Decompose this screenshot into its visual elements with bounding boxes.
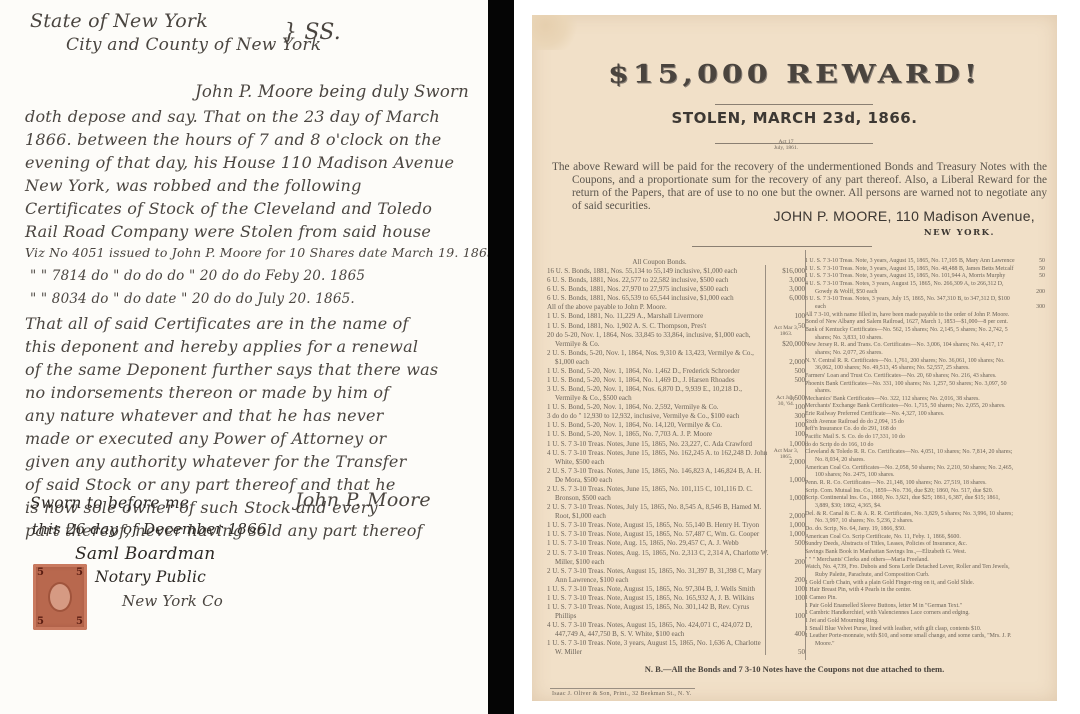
item-description: N. Y. Central R. R. Certificates—No. 1,7… — [805, 358, 1015, 373]
sworn-before-me: Sworn to before me — [30, 494, 189, 512]
list-item: Erie Railway Preferred Certificate—No. 4… — [805, 411, 1047, 419]
act-label: Act 17 July, 1861. — [773, 139, 799, 151]
item-description: 1 U. S. 7 3-10 Treas. Note, August 15, 1… — [547, 594, 769, 603]
affidavit-line: " " 8034 do " do date " 20 do do July 20… — [30, 291, 355, 307]
item-amount: 50 — [769, 648, 807, 657]
list-item: Farmers' Loan and Trust Co. Certificates… — [805, 373, 1047, 381]
list-item: 3 U. S. Bond, 5-20, Nov. 1, 1864, Nos. 6… — [547, 385, 810, 403]
affidavit-line: Certificates of Stock of the Cleveland a… — [25, 199, 432, 218]
item-description: 1 Hair Breast Pin, with 4 Pearls in the … — [805, 587, 1015, 595]
black-divider — [488, 0, 514, 714]
list-item: 20 do 5-20, Nov. 1, 1864, Nos. 33,845 to… — [547, 331, 810, 349]
stamp-denomination: 5 — [76, 616, 83, 627]
list-item: Bond of New Albany and Salem Railroad, 1… — [805, 319, 1047, 327]
list-item: Jeff'n Insurance Co. do do 291, 168 do — [805, 426, 1047, 434]
deponent-signature: John P. Moore — [295, 489, 431, 511]
list-item: 1 U. S. Bond, 5-20, Nov. 1, 1864, No. 2,… — [547, 403, 810, 412]
affidavit-line: no indorsements thereon or made by him o… — [25, 383, 389, 402]
item-description: 1 U. S. 7 3-10 Treas. Note, August 15, 1… — [547, 521, 769, 530]
footnote: N. B.—All the Bonds and 7 3-10 Notes hav… — [532, 664, 1057, 674]
bonds-column-1: All Coupon Bonds. 16 U. S. Bonds, 1881, … — [547, 258, 810, 657]
item-amount: 500 — [769, 376, 807, 385]
list-item: Sundry Deeds, Abstracts of Titles, Lease… — [805, 541, 1047, 549]
item-description: 2 U. S. 7 3-10 Treas. Notes, August 15, … — [547, 567, 769, 585]
list-item: " " " Merchants' Clerks and others—Maria… — [805, 557, 1047, 565]
item-amount: 50 — [1015, 266, 1047, 274]
affidavit-line: of the same Deponent further says that t… — [25, 360, 438, 379]
list-item: 1 Leather Porte-monnaie, with $10, and s… — [805, 633, 1047, 648]
list-item: 3 do do do " 12,930 to 12,932, inclusive… — [547, 412, 810, 421]
list-item: Cleveland & Toledo R. R. Co. Certificate… — [805, 449, 1047, 464]
item-description: 4 U. S. 7 3-10 Treas. Notes, June 15, 18… — [547, 449, 769, 467]
item-amount: 100 — [769, 594, 807, 603]
item-description: 1 Leather Porte-monnaie, with $10, and s… — [805, 633, 1015, 648]
list-item: 1 Cambric Handkerchief, with Valencienne… — [805, 610, 1047, 618]
item-description: 1 Cameo Pin. — [805, 595, 1015, 603]
item-description: Bond of New Albany and Salem Railroad, 1… — [805, 319, 1015, 327]
list-item: 4 U. S. 7 3-10 Treas. Notes, 3 years, Au… — [805, 281, 1047, 296]
divider-rule — [692, 246, 872, 247]
torn-corner — [532, 15, 577, 50]
item-description: 1 U. S. Bond, 1881, No. 11,229 A., Marsh… — [547, 312, 769, 321]
item-description: 4 U. S. 7 3-10 Treas. Notes, 3 years, Au… — [805, 281, 1015, 296]
bond-list: 16 U. S. Bonds, 1881, Nos. 55,134 to 55,… — [547, 267, 810, 657]
item-amount: 500 — [769, 539, 807, 548]
item-amount: 100 — [769, 612, 807, 621]
item-description: 1 U. S. 7 3-10 Treas. Notes, June 15, 18… — [547, 440, 769, 449]
affidavit-line: made or executed any Power of Attorney o… — [25, 429, 386, 448]
affidavit-line: doth depose and say. That on the 23 day … — [25, 107, 440, 126]
list-item: 1 U. S. 7 3-10 Treas. Note, August 15, 1… — [547, 585, 810, 594]
list-item: 3 U. S. 7 3-10 Treas. Notes, 3 years, Ju… — [805, 296, 1047, 311]
list-item: American Coal Co. Certificates—No. 2,058… — [805, 465, 1047, 480]
item-description: American Coal Co. Certificates—No. 2,058… — [805, 465, 1015, 480]
list-item: 1 U. S. 7 3-10 Treas. Note, August 15, 1… — [547, 594, 810, 603]
item-description: Scrip. Continental Ins. Co., 1860, No. 3… — [805, 495, 1015, 510]
item-description: 1 U. S. Bond, 5-20, Nov. 1, 1864, No. 1,… — [547, 367, 769, 376]
bonds-column-2: 1 U. S. 7 3-10 Treas. Note, 3 years, Aug… — [805, 258, 1047, 648]
intro-paragraph: The above Reward will be paid for the re… — [552, 161, 1047, 213]
list-item: Watch, No. 4,739, Fro. Dubois and Sons L… — [805, 564, 1047, 579]
item-description: Del. & R. Canal & C. & A. R. R. Certific… — [805, 511, 1015, 526]
item-description: 6 U. S. Bonds, 1881, Nos. 65,539 to 65,5… — [547, 294, 769, 303]
item-amount: 3,000 — [769, 285, 807, 294]
affidavit-line: John P. Moore being duly Sworn — [195, 82, 469, 101]
list-item: 1 Hair Breast Pin, with 4 Pearls in the … — [805, 587, 1047, 595]
item-description: 2 U. S. 7 3-10 Treas. Notes, Aug. 15, 18… — [547, 549, 769, 567]
item-description: Jeff'n Insurance Co. do do 291, 168 do — [805, 426, 1015, 434]
item-description: Cleveland & Toledo R. R. Co. Certificate… — [805, 449, 1015, 464]
item-amount: 100 — [769, 421, 807, 430]
item-amount: 500 — [769, 367, 807, 376]
list-item: 6 U. S. Bonds, 1881, Nos. 65,539 to 65,5… — [547, 294, 810, 303]
list-item: 2 U. S. Bonds, 5-20, Nov. 1, 1864, Nos. … — [547, 349, 810, 367]
item-description: 1 U. S. Bond, 5-20, Nov. 1, 1865, No. 7,… — [547, 430, 769, 439]
owner-address: JOHN P. MOORE, 110 Madison Avenue, — [773, 208, 1035, 224]
item-amount: $20,000 — [769, 340, 807, 349]
item-description: " " " Merchants' Clerks and others—Maria… — [805, 557, 1015, 565]
list-item: 6 U. S. Bonds, 1881, Nos. 27,970 to 27,9… — [547, 285, 810, 294]
item-description: 4 U. S. 7 3-10 Treas. Notes, August 15, … — [547, 621, 769, 639]
list-item: 1 U. S. Bond, 1881, No. 11,229 A., Marsh… — [547, 312, 810, 321]
item-description: 1 Cambric Handkerchief, with Valencienne… — [805, 610, 1015, 618]
list-item: Scrip. Continental Ins. Co., 1860, No. 3… — [805, 495, 1047, 510]
affidavit-line: 1866. between the hours of 7 and 8 o'clo… — [25, 130, 441, 149]
item-amount: 200 — [769, 558, 807, 567]
item-description: 1 U. S. 7 3-10 Treas. Note, August 15, 1… — [547, 603, 769, 621]
affidavit-line: given any authority whatever for the Tra… — [25, 452, 406, 471]
item-amount: $16,000 — [769, 267, 807, 276]
item-amount: 6,000 — [769, 294, 807, 303]
list-item: Bank of Kentucky Certificates—No. 562, 1… — [805, 327, 1047, 342]
item-description: Erie Railway Preferred Certificate—No. 4… — [805, 411, 1015, 419]
item-description: 3 U. S. 7 3-10 Treas. Notes, 3 years, Ju… — [805, 296, 1015, 311]
list-item: 1 U. S. 7 3-10 Treas. Notes, June 15, 18… — [547, 440, 810, 449]
list-item: All of the above payable to John P. Moor… — [547, 303, 810, 312]
item-amount: 1,000 — [769, 521, 807, 530]
printer-imprint: Isaac J. Oliver & Son, Print., 32 Beekma… — [552, 691, 692, 697]
venue-state: State of New York — [30, 10, 208, 32]
item-description: Watch, No. 4,739, Fro. Dubois and Sons L… — [805, 564, 1015, 579]
list-item: 4 U. S. 7 3-10 Treas. Notes, June 15, 18… — [547, 449, 810, 467]
act-label: Act Mar 3, 1865. — [773, 448, 799, 460]
item-amount: 50 — [1015, 258, 1047, 266]
list-item: Phoenix Bank Certificates—No. 331, 100 s… — [805, 381, 1047, 396]
item-amount: 50 — [1015, 273, 1047, 281]
list-item: 1 U. S. Bond, 5-20, Nov. 1, 1864, No. 1,… — [547, 367, 810, 376]
item-description: Phoenix Bank Certificates—No. 331, 100 s… — [805, 381, 1015, 396]
item-description: 1 U. S. Bond, 5-20, Nov. 1, 1864, No. 1,… — [547, 376, 769, 385]
list-item: 2 U. S. 7 3-10 Treas. Notes, June 15, 18… — [547, 467, 810, 485]
item-description: All of the above payable to John P. Moor… — [547, 303, 769, 312]
portrait-icon — [50, 584, 70, 610]
item-amount: 300 — [1015, 304, 1047, 312]
list-item: 1 U. S. Bond, 5-20, Nov. 1, 1865, No. 7,… — [547, 430, 810, 439]
sworn-date: this 26 day of December 1866 — [32, 520, 267, 538]
divider-rule — [715, 104, 873, 105]
affidavit-line: Viz No 4051 issued to John P. Moore for … — [25, 245, 495, 260]
list-item: Penn. R. R. Co. Certificates—No. 21,148,… — [805, 480, 1047, 488]
list-item: 1 U. S. 7 3-10 Treas. Note, 3 years, Aug… — [805, 273, 1047, 281]
affidavit-line: That all of said Certificates are in the… — [25, 314, 409, 333]
reward-poster: $15,000 REWARD! STOLEN, MARCH 23d, 1866.… — [532, 15, 1057, 701]
act-label: Act June 30, '64. — [773, 395, 799, 407]
item-description: 1 U. S. Bond, 5-20, Nov. 1, 1864, No. 14… — [547, 421, 769, 430]
item-description: Pacific Mail S. S. Co. do do 17,331, 10 … — [805, 434, 1015, 442]
affidavit-line: " " 7814 do " do do do " 20 do do Feby 2… — [30, 268, 365, 284]
item-description: 1 U. S. 7 3-10 Treas. Note, 3 years, Aug… — [805, 266, 1015, 274]
affidavit-line: Rail Road Company were Stolen from said … — [25, 222, 431, 241]
affidavit-page: State of New York City and County of New… — [0, 0, 488, 714]
item-description: 1 Gold Curb Chain, with a plain Gold Fin… — [805, 580, 1015, 588]
item-description: 6 U. S. Bonds, 1881, Nos. 22,577 to 22,5… — [547, 276, 769, 285]
stamp-denomination: 5 — [76, 567, 83, 578]
item-description: Bank of Kentucky Certificates—No. 562, 1… — [805, 327, 1015, 342]
list-item: Del. & R. Canal & C. & A. R. R. Certific… — [805, 511, 1047, 526]
list-item: Pacific Mail S. S. Co. do do 17,331, 10 … — [805, 434, 1047, 442]
stamp-denomination: 5 — [37, 616, 44, 627]
list-item: 1 U. S. 7 3-10 Treas. Note, August 15, 1… — [547, 603, 810, 621]
stolen-date: STOLEN, MARCH 23d, 1866. — [532, 109, 1057, 127]
item-description: Sundry Deeds, Abstracts of Titles, Lease… — [805, 541, 1015, 549]
notary-title: Notary Public — [95, 568, 206, 586]
list-item: 6 U. S. Bonds, 1881, Nos. 22,577 to 22,5… — [547, 276, 810, 285]
list-item: 1 Cameo Pin. — [805, 595, 1047, 603]
item-description: 1 U. S. Bond, 1881, No. 1,902 A. S. C. T… — [547, 322, 769, 331]
item-description: New Jersey R. R. and Trans. Co. Certific… — [805, 342, 1015, 357]
act-label: Act Mar 3, 1863. — [773, 325, 799, 337]
list-item: Merchants' Exchange Bank Certificates—No… — [805, 403, 1047, 411]
item-amount: 1,000 — [769, 530, 807, 539]
item-description: 2 U. S. Bonds, 5-20, Nov. 1, 1864, Nos. … — [547, 349, 769, 367]
item-description: 6 U. S. Bonds, 1881, Nos. 27,970 to 27,9… — [547, 285, 769, 294]
item-description: 2 U. S. 7 3-10 Treas. Notes, June 15, 18… — [547, 467, 769, 485]
item-description: 1 U. S. 7 3-10 Treas. Note, August 15, 1… — [547, 530, 769, 539]
notary-county: New York Co — [122, 592, 223, 610]
list-item: 2 U. S. 7 3-10 Treas. Notes, June 15, 18… — [547, 485, 810, 503]
venue-ss-mark: } SS. — [283, 20, 341, 45]
list-item: 1 U. S. 7 3-10 Treas. Note, 3 years, Aug… — [805, 266, 1047, 274]
list-item: 2 U. S. 7 3-10 Treas. Notes, July 15, 18… — [547, 503, 810, 521]
list-item: 1 U. S. 7 3-10 Treas. Note, Aug. 15, 186… — [547, 539, 810, 548]
item-amount: 400 — [769, 630, 807, 639]
item-amount: 3,000 — [769, 276, 807, 285]
list-item: New Jersey R. R. and Trans. Co. Certific… — [805, 342, 1047, 357]
stamp-denomination: 5 — [37, 567, 44, 578]
item-description: 1 U. S. 7 3-10 Treas. Note, 3 years, Aug… — [805, 258, 1015, 266]
item-amount: 2,000 — [769, 358, 807, 367]
column-bracket — [765, 265, 766, 655]
list-item: 1 Small Blue Velvet Purse, lined with le… — [805, 626, 1047, 634]
item-description: 1 U. S. 7 3-10 Treas. Note, 3 years, Aug… — [547, 639, 769, 657]
item-amount: 1,000 — [769, 476, 807, 485]
item-amount: 1,000 — [769, 494, 807, 503]
item-description: Farmers' Loan and Trust Co. Certificates… — [805, 373, 1015, 381]
list-item: 1 U. S. 7 3-10 Treas. Note, August 15, 1… — [547, 521, 810, 530]
item-amount: 200 — [769, 576, 807, 585]
list-item: 1 U. S. Bond, 5-20, Nov. 1, 1864, No. 14… — [547, 421, 810, 430]
list-item: 2 U. S. 7 3-10 Treas. Notes, August 15, … — [547, 567, 810, 585]
item-amount: 100 — [769, 430, 807, 439]
affidavit-line: evening of that day, his House 110 Madis… — [25, 153, 454, 172]
list-item: N. Y. Central R. R. Certificates—No. 1,7… — [805, 358, 1047, 373]
list-item: 1 U. S. Bond, 1881, No. 1,902 A. S. C. T… — [547, 322, 810, 331]
item-description: 2 U. S. 7 3-10 Treas. Notes, July 15, 18… — [547, 503, 769, 521]
affidavit-line: any nature whatever and that he has neve… — [25, 406, 384, 425]
item-description: 16 U. S. Bonds, 1881, Nos. 55,134 to 55,… — [547, 267, 769, 276]
item-description: Do. do. Scrip, No. 64, Jany. 19, 1866, $… — [805, 526, 1015, 534]
list-item: 1 Jet and Gold Mourning Ring. — [805, 618, 1047, 626]
item-description: 1 U. S. 7 3-10 Treas. Note, 3 years, Aug… — [805, 273, 1015, 281]
securities-list: 1 U. S. 7 3-10 Treas. Note, 3 years, Aug… — [805, 258, 1047, 648]
item-amount: 300 — [769, 412, 807, 421]
reward-title: $15,000 REWARD! — [532, 60, 1057, 90]
column-heading: All Coupon Bonds. — [547, 258, 772, 267]
item-description: 2 U. S. 7 3-10 Treas. Notes, June 15, 18… — [547, 485, 769, 503]
item-description: 1 Jet and Gold Mourning Ring. — [805, 618, 1015, 626]
item-description: 20 do 5-20, Nov. 1, 1864, Nos. 33,845 to… — [547, 331, 769, 349]
item-description: 1 U. S. Bond, 5-20, Nov. 1, 1864, No. 2,… — [547, 403, 769, 412]
list-item: 1 U. S. 7 3-10 Treas. Note, 3 years, Aug… — [547, 639, 810, 657]
item-description: 3 do do do " 12,930 to 12,932, inclusive… — [547, 412, 769, 421]
owner-city: NEW YORK. — [924, 228, 995, 238]
item-description: 3 U. S. Bond, 5-20, Nov. 1, 1864, Nos. 6… — [547, 385, 769, 403]
item-description: 1 U. S. 7 3-10 Treas. Note, August 15, 1… — [547, 585, 769, 594]
item-amount: 2,000 — [769, 512, 807, 521]
list-item: 1 Gold Curb Chain, with a plain Gold Fin… — [805, 580, 1047, 588]
revenue-stamp: 5 5 5 5 — [33, 564, 87, 630]
list-item: Do. do. Scrip, No. 64, Jany. 19, 1866, $… — [805, 526, 1047, 534]
item-description: Penn. R. R. Co. Certificates—No. 21,148,… — [805, 480, 1015, 488]
list-item: 16 U. S. Bonds, 1881, Nos. 55,134 to 55,… — [547, 267, 810, 276]
item-amount: 200 — [1015, 289, 1047, 297]
list-item: 4 U. S. 7 3-10 Treas. Notes, August 15, … — [547, 621, 810, 639]
item-description: 1 U. S. 7 3-10 Treas. Note, Aug. 15, 186… — [547, 539, 769, 548]
item-description: Merchants' Exchange Bank Certificates—No… — [805, 403, 1015, 411]
item-description: 1 Small Blue Velvet Purse, lined with le… — [805, 626, 1015, 634]
affidavit-line: New York, was robbed and the following — [25, 176, 362, 195]
item-amount: 100 — [769, 585, 807, 594]
list-item: Savings Bank Book in Manhattan Savings I… — [805, 549, 1047, 557]
affidavit-line: this deponent and hereby applies for a r… — [25, 337, 418, 356]
item-amount: 100 — [769, 312, 807, 321]
list-item: 1 U. S. 7 3-10 Treas. Note, August 15, 1… — [547, 530, 810, 539]
list-item: 1 U. S. Bond, 5-20, Nov. 1, 1864, No. 1,… — [547, 376, 810, 385]
list-item: 2 U. S. 7 3-10 Treas. Notes, Aug. 15, 18… — [547, 549, 810, 567]
list-item: 1 U. S. 7 3-10 Treas. Note, 3 years, Aug… — [805, 258, 1047, 266]
item-description: Savings Bank Book in Manhattan Savings I… — [805, 549, 1015, 557]
notary-name: Saml Boardman — [75, 544, 215, 564]
